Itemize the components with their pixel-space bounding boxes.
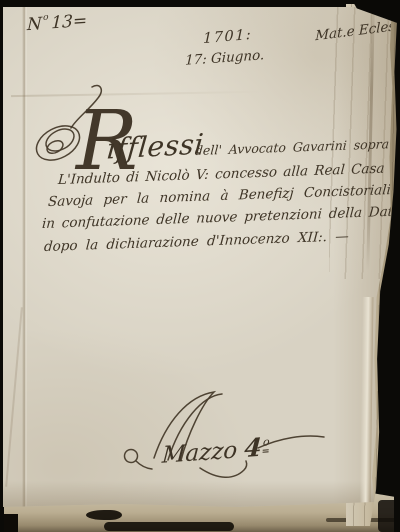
archive-number-sup: o [43, 13, 49, 23]
bundle-number-ordinal: o [262, 435, 270, 453]
date-day: 17: Giugno. [185, 47, 265, 69]
archive-number: No13= [27, 11, 88, 35]
bundle-number: 4 [243, 433, 262, 463]
date-year: 1701: [203, 27, 252, 47]
paper-gap-shadow [86, 510, 122, 520]
archive-number-rest: 13= [51, 11, 88, 34]
fold-crease-left [22, 7, 27, 507]
title-word-large: ifflessi [106, 127, 206, 165]
archive-number-letter: N [27, 14, 43, 35]
title-body-line: dopo la dichiarazione d'Innocenzo XII:. … [43, 228, 349, 255]
photographed-manuscript-scene: No13= 1701: 17: Giugno. Mat.e Eclesj R i… [0, 0, 400, 532]
bundle-label: Mazzo 4 o [118, 388, 330, 492]
fold-crease-diagonal [5, 307, 23, 486]
paper-gap-shadow [378, 500, 396, 532]
bundle-word: Mazzo [161, 437, 238, 468]
manuscript-page: No13= 1701: 17: Giugno. Mat.e Eclesj R i… [3, 7, 393, 507]
paper-gap-shadow [4, 514, 18, 532]
paper-gap-shadow [104, 522, 234, 531]
